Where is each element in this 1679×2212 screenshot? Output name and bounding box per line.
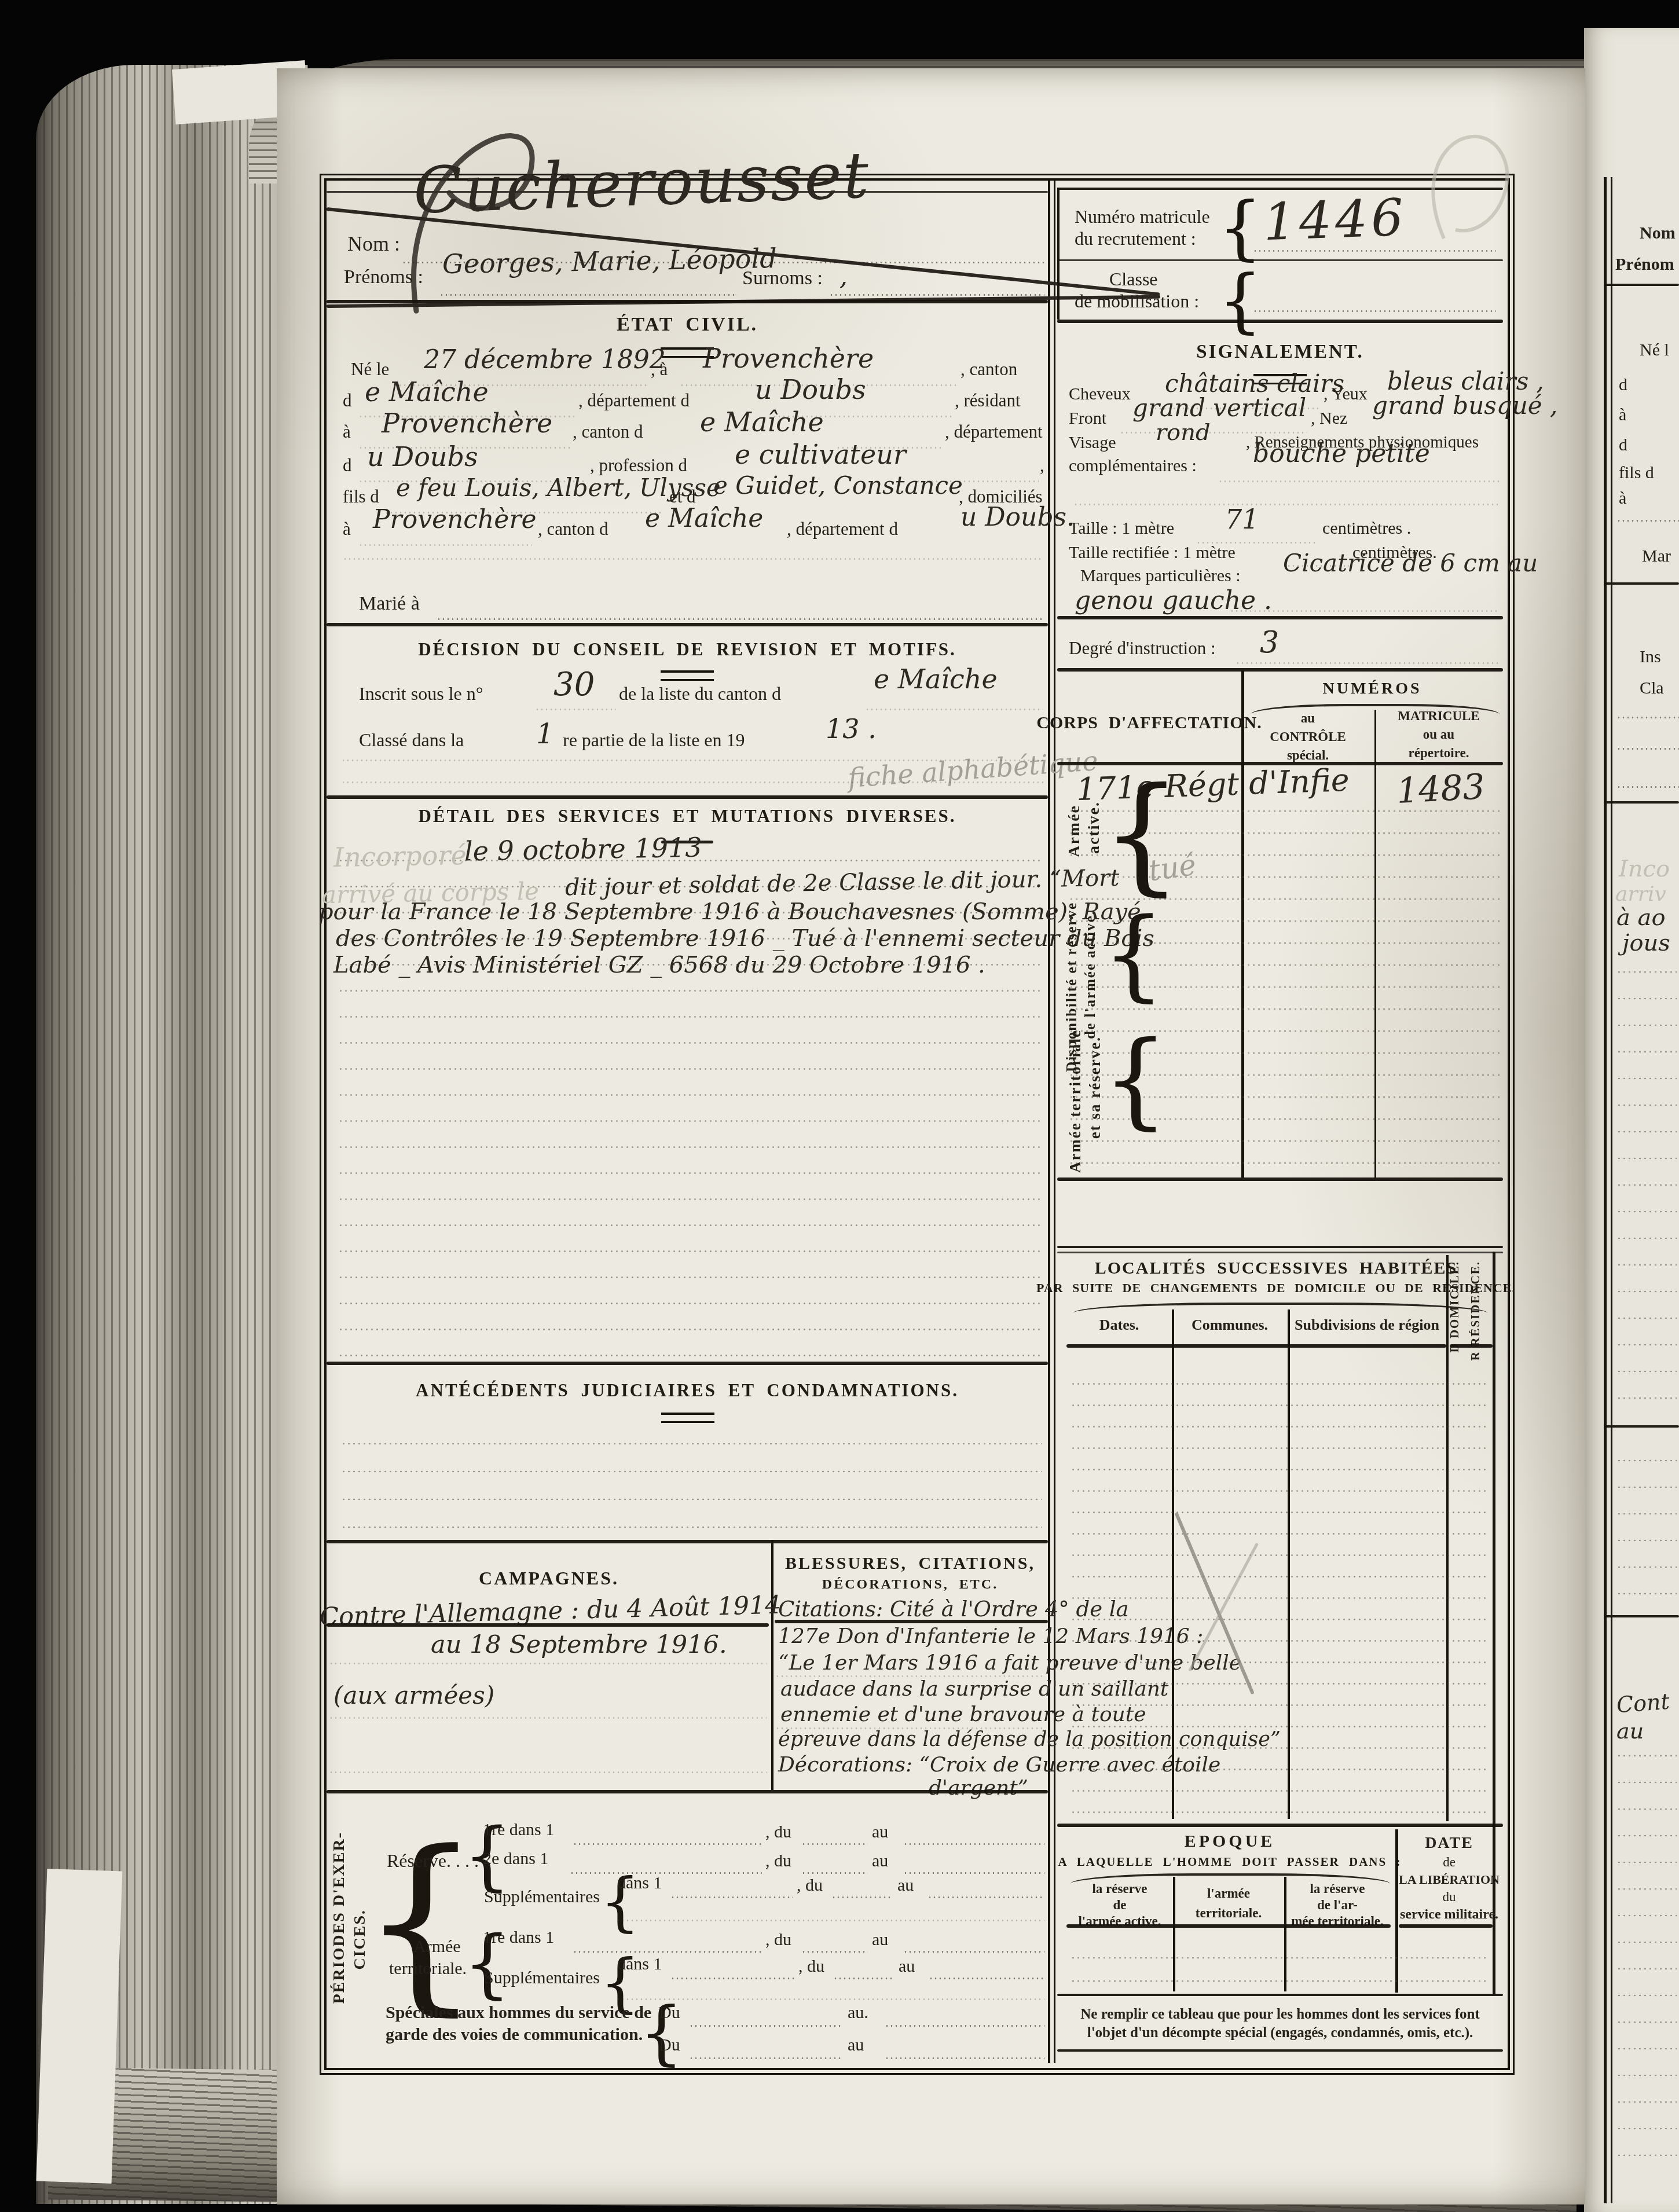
ec-r1-hw2: Provenchère (703, 343, 874, 374)
visage-label: Visage (1069, 433, 1116, 453)
dotted-line (1253, 310, 1496, 312)
np-stamp-arrive: arriv (1615, 882, 1666, 906)
localites-header-underline (1066, 1344, 1446, 1348)
section-rule (1057, 668, 1503, 672)
ec-r5-hw2: e Guidet, Constance (713, 471, 963, 500)
taille-unit: centimètres . (1322, 519, 1411, 538)
np-stamp-incorpore: Inco (1619, 856, 1670, 882)
marie-label: Marié à (359, 593, 420, 615)
rule (327, 1623, 769, 1627)
epoque-col4-l5: service militaire. (1400, 1907, 1498, 1923)
epoque-col2-l1: l'armée (1207, 1886, 1250, 1901)
signalement-title: SIGNALEMENT. (1196, 342, 1363, 363)
ec-r3-l1: à (343, 421, 351, 442)
np-hw4: au (1616, 1718, 1644, 1744)
dotted-line (1073, 504, 1500, 505)
ec-r4-l3: , (1040, 455, 1044, 476)
matricule-header-l1: MATRICULE (1398, 709, 1479, 724)
ec-r3-hw1: Provenchère (382, 408, 552, 439)
epoque-col1-l1: la réserve (1092, 1881, 1147, 1896)
matricule-header-l3: répertoire. (1409, 746, 1469, 761)
p-suppl2-du: , du (798, 1957, 824, 1976)
dotted-line (885, 2025, 1044, 2027)
corps-matricule-handwriting: 1483 (1395, 766, 1486, 812)
p-row2-label: 2e dans 1 (483, 1849, 548, 1869)
epoque-header-underline-date (1399, 1924, 1493, 1928)
np-dl (1616, 748, 1679, 750)
dotted-line (928, 1896, 1044, 1898)
classe-label: Classé dans la (359, 729, 464, 751)
dotted-line (1230, 610, 1500, 612)
dotted-line (903, 1872, 1044, 1874)
dotted-line (831, 1896, 893, 1898)
dotted-line (535, 709, 616, 710)
dotted-line (616, 1920, 1044, 1921)
dotted-line (689, 2057, 843, 2059)
epoque-note-l2: l'objet d'un décompte spécial (engagés, … (1087, 2025, 1473, 2041)
classe-mob-brace: { (1218, 266, 1262, 336)
epoque-col4-l3: LA LIBÉRATION (1399, 1872, 1500, 1887)
np-dl (1616, 520, 1679, 522)
col-domicile: D DOMICILE. (1447, 1261, 1462, 1353)
np-rule (1604, 801, 1679, 804)
localites-header-underline-dr (1450, 1344, 1493, 1348)
dotted-line (439, 294, 738, 296)
p-row3-label: 1re dans 1 (483, 1928, 554, 1947)
services-hw3: pour la France le 18 Septembre 1916 à Bo… (318, 898, 1141, 925)
ec-r6-hw1: Provenchère (373, 505, 536, 534)
dotted-line (801, 1951, 868, 1953)
classe-num-handwriting: 1 (536, 718, 554, 750)
nez-label: , Nez (1311, 409, 1347, 428)
p-suppl2-dans: dans 1 (617, 1954, 662, 1974)
dotted-line (1236, 662, 1500, 664)
epoque-col1-l2: de (1113, 1898, 1127, 1913)
p-row2-du: , du (765, 1851, 791, 1871)
dotted-line (573, 1843, 762, 1845)
np-nom: Nom (1640, 223, 1676, 243)
inscrit-num-handwriting: 30 (553, 666, 595, 703)
complementaires-value: bouche petite (1253, 439, 1430, 468)
speciales-label-l2: garde des voies de communication. (386, 2025, 643, 2045)
section-rule (1057, 320, 1503, 323)
dotted-line (437, 618, 1043, 620)
blessures-title-l1: BLESSURES, CITATIONS, (785, 1554, 1035, 1573)
territoriale-reserve-brace: { (1102, 1028, 1169, 1132)
controle-header-l3: spécial. (1287, 748, 1329, 763)
ec-r6-l1: à (343, 519, 351, 540)
inscrit-label: Inscrit sous le n° (359, 683, 483, 705)
p-row3-au: au (872, 1930, 888, 1950)
dotted-line (670, 1978, 794, 1979)
ec-r4-l1: d (343, 455, 352, 476)
periodes-vlabel-l1: PÉRIODES D'EXER- (330, 1832, 349, 2004)
speciales-label-l1: Spéciales aux hommes du service de (386, 2003, 651, 2023)
p-row2-au: au (872, 1851, 888, 1871)
np-a1: à (1619, 405, 1626, 425)
epoque-col4-l2: de (1443, 1855, 1456, 1870)
yeux-label: , Yeux (1324, 384, 1368, 404)
p-suppl1-label: Supplémentaires (484, 1887, 600, 1907)
ec-r4-hw1: u Doubs (367, 441, 478, 472)
matricule-label-l2: du recrutement : (1075, 228, 1196, 250)
territoriale-label-l1: Armée (413, 1937, 461, 1957)
ec-r2-hw1: e Maîche (365, 376, 489, 408)
corps-table-bottom-rule (1057, 1177, 1503, 1181)
np-hw1: à ao (1616, 904, 1666, 931)
decision-title: DÉCISION DU CONSEIL DE REVISION ET MOTIF… (418, 639, 956, 660)
epoque-subtitle: A LAQUELLE L'HOMME DOIT PASSER DANS : (1058, 1855, 1402, 1869)
localites-top-rule (1057, 1246, 1503, 1248)
localites-top-rule-inner (1057, 1252, 1503, 1253)
degre-label: Degré d'instruction : (1069, 638, 1216, 659)
taille-label: Taille : 1 mètre (1069, 519, 1174, 538)
front-value: grand vertical (1132, 394, 1306, 422)
p-suppl1-du: , du (797, 1876, 823, 1895)
ec-r5-l1: fils d (343, 486, 379, 507)
ec-r6-hw2: e Maîche (645, 504, 763, 533)
services-hw1: le 9 octobre 1913 (464, 831, 702, 867)
ec-r1-l3: , canton (961, 359, 1017, 380)
dotted-line (1218, 480, 1500, 482)
cheveux-label: Cheveux (1069, 384, 1131, 404)
antecedents-dotted-rows (341, 1430, 1042, 1540)
armee-active-brace: { (1101, 770, 1182, 897)
campagnes-hw3: (aux armées) (333, 1681, 494, 1710)
complementaires-label: complémentaires : (1069, 456, 1197, 476)
antecedents-title: ANTÉCÉDENTS JUDICIAIRES ET CONDAMNATIONS… (416, 1380, 959, 1401)
np-d2: d (1619, 435, 1627, 455)
epoque-col4-l1: DATE (1425, 1834, 1473, 1852)
p-suppl2-label: Supplémentaires (484, 1968, 600, 1988)
ec-r6-l3: , département d (787, 519, 898, 540)
degre-value: 3 (1260, 625, 1279, 660)
epoque-bottom-rule (1057, 1994, 1503, 1996)
section-rule (1057, 616, 1503, 619)
ec-r3-l2: , canton d (573, 421, 643, 442)
dotted-line (801, 1843, 868, 1845)
services-title: DÉTAIL DES SERVICES ET MUTATIONS DIVERSE… (418, 806, 956, 827)
dotted-line (775, 1675, 1044, 1677)
ec-r1-l2: , à (651, 359, 668, 380)
registration-form: Nom : Cucherousset Prénoms : Georges, Ma… (324, 178, 1510, 2070)
sp-row1-au: au. (848, 2003, 868, 2023)
ec-r2-l3: , résidant (955, 390, 1021, 411)
surnoms-label: Surnoms : (742, 267, 823, 289)
pencil-oval-mark (1357, 123, 1577, 250)
dispo-label-l2: de l'armée active. (1083, 910, 1099, 1039)
matricule-header-l2: ou au (1423, 727, 1454, 742)
marques-label: Marques particulières : (1080, 566, 1241, 586)
p-row3-du: , du (765, 1930, 791, 1950)
matricule-brace: { (1218, 193, 1262, 263)
epoque-col2-l2: territoriale. (1196, 1906, 1262, 1921)
dotted-line (570, 1872, 762, 1874)
localites-bottom-rule (1057, 1824, 1503, 1827)
classe-mob-label-l1: Classe (1109, 269, 1158, 290)
section-rule (327, 795, 1048, 799)
bottom-double-rule (1057, 2049, 1503, 2052)
rule (1057, 259, 1503, 261)
matricule-label-l1: Numéro matricule (1075, 206, 1210, 228)
stamp-incorpore: Incorporé (333, 839, 467, 873)
visage-value: rond (1156, 419, 1211, 446)
dotted-line (358, 544, 532, 546)
section-rule (327, 1790, 1048, 1793)
col-subdivisions: Subdivisions de région (1295, 1316, 1439, 1334)
dotted-line (829, 294, 1044, 296)
dotted-line (341, 782, 1043, 783)
dotted-line (689, 2025, 843, 2027)
localites-title: LOCALITÉS SUCCESSIVES HABITÉES (1095, 1259, 1458, 1278)
np-dotrows (1616, 959, 1677, 1410)
surnoms-value-handwriting: , (839, 262, 848, 291)
nez-value: grand busqué , (1372, 391, 1557, 420)
ec-r2-l1: d (343, 390, 352, 411)
np-rule (1604, 284, 1679, 286)
sp-row2-du: Du (659, 2035, 680, 2055)
classe-mob-label-l2: de mobilisation : (1075, 291, 1199, 312)
np-inscrit: Ins (1640, 647, 1661, 667)
numeros-header: NUMÉROS (1322, 680, 1421, 698)
dotted-line (329, 1717, 767, 1719)
localites-subtitle: PAR SUITE DE CHANGEMENTS DE DOMICILE OU … (1036, 1281, 1516, 1296)
epoque-col4-l4: du (1443, 1890, 1456, 1905)
ec-r1-hw1: 27 décembre 1892 (424, 345, 666, 375)
ec-r2-l2: , département d (578, 390, 690, 411)
controle-header-l2: CONTRÔLE (1270, 729, 1346, 744)
dispo-brace: { (1102, 905, 1165, 1004)
prenoms-value-handwriting: Georges, Marie, Léopold (442, 243, 777, 280)
dotted-line (865, 709, 1043, 710)
next-page-border-inner (1611, 177, 1612, 2203)
np-d1: d (1619, 375, 1627, 395)
ec-r3-hw2: e Maîche (700, 406, 824, 438)
epoque-col3-l2: de l'ar- (1317, 1898, 1358, 1913)
np-a2: à (1619, 489, 1626, 508)
np-hw3: Cont (1616, 1689, 1671, 1718)
dotted-line (329, 1771, 767, 1773)
sp-row1-du: Du (659, 2003, 680, 2023)
np-dotrows (1616, 1447, 1677, 1602)
corps-affectation-header: CORPS D'AFFECTATION. (1036, 713, 1262, 733)
dotted-line (903, 1951, 1044, 1953)
p-suppl1-dans: dans 1 (617, 1873, 662, 1893)
dotted-line (670, 1896, 793, 1898)
dotted-line (341, 760, 1043, 761)
pencil-note-fiche: fiche alphabétique (847, 745, 1099, 794)
sp-row2-au: au (848, 2035, 864, 2055)
p-suppl2-au: au (899, 1957, 915, 1976)
section-rule (327, 623, 1048, 626)
np-fils: fils d (1619, 463, 1654, 483)
etat-civil-title: ÉTAT CIVIL. (617, 314, 758, 336)
controle-header-l1: au (1301, 711, 1315, 726)
np-rule (1604, 1615, 1679, 1617)
epoque-title: EPOQUE (1185, 1832, 1275, 1851)
np-classe: Cla (1640, 678, 1664, 698)
ec-r4-l2: , profession d (590, 455, 687, 476)
marques-value-l1: Cicatrice de 6 cm au (1283, 549, 1538, 577)
epoque-dotted-rows (1071, 1946, 1489, 1993)
section-rule (327, 1540, 1048, 1543)
dotted-line (775, 1727, 1044, 1729)
np-dl (1616, 717, 1679, 718)
campagnes-blessures-divider (771, 1540, 773, 1790)
column-separator-inner (1054, 181, 1055, 2063)
ec-r3-l3: , département (945, 421, 1043, 442)
blessures-hw8: d'argent” (929, 1776, 1028, 1800)
territoriale-reserve-label-l2: et sa réserve. (1086, 1036, 1104, 1139)
np-prenom: Prénom (1615, 255, 1674, 274)
localites-brace-curve (1073, 1303, 1487, 1313)
taille-rect-label: Taille rectifiée : 1 mètre (1069, 543, 1236, 563)
np-marie: Mar (1642, 546, 1671, 566)
dotted-line (801, 1872, 868, 1874)
ec-r6-hw3: u Doubs. (961, 502, 1075, 532)
next-page-border (1604, 177, 1607, 2203)
epoque-col3-l1: la réserve (1310, 1881, 1365, 1896)
ec-r6-l2: , canton d (538, 519, 608, 540)
dotted-line (903, 1843, 1044, 1845)
dotted-line (929, 1978, 1044, 1979)
title-underline (661, 1413, 714, 1423)
territoriale-reserve-label-l1: Armée territoriale (1066, 1029, 1084, 1173)
p-row1-au: au (872, 1822, 888, 1842)
epoque-header-underline (1066, 1924, 1391, 1928)
np-rule (1604, 582, 1679, 585)
epoque-note-l1: Ne remplir ce tableau que pour les homme… (1080, 2006, 1480, 2023)
column-separator (1048, 181, 1050, 2063)
registration-sheet-page: Nom : Cucherousset Prénoms : Georges, Ma… (277, 68, 1585, 2204)
np-hw2: jous (1622, 930, 1670, 956)
blessures-title-l2: DÉCORATIONS, ETC. (822, 1577, 998, 1593)
np-rule (1604, 1425, 1679, 1428)
inscrit-canton-handwriting: e Maîche (874, 663, 998, 695)
classe-annee-handwriting: 13 . (826, 713, 877, 744)
ec-r2-hw2: u Doubs (755, 374, 866, 405)
campagnes-title: CAMPAGNES. (479, 1568, 619, 1589)
title-underline (661, 670, 714, 681)
section-rule (327, 1362, 1048, 1365)
section-rule (327, 300, 1048, 303)
p-row1-du: , du (765, 1822, 791, 1842)
matricule-box-left-border (1057, 188, 1060, 320)
armee-active-label-l1: Armée (1065, 805, 1084, 857)
np-nele: Né l (1640, 340, 1669, 360)
col-dates: Dates. (1099, 1316, 1139, 1334)
territoriale-label-l2: territoriale. (389, 1959, 467, 1979)
front-label: Front (1069, 409, 1106, 428)
next-page-edge: Nom Prénom Né l d à d fils d à Mar Ins C… (1584, 28, 1679, 2212)
loose-sheet-left (36, 1869, 123, 2184)
np-dotrows (1616, 1743, 1677, 2165)
col-communes: Communes. (1192, 1316, 1268, 1334)
services-hw5: Labé _ Avis Ministériel GZ _ 6568 du 29 … (333, 952, 985, 978)
ec-r4-hw2: e cultivateur (735, 439, 906, 470)
p-suppl1-au: au (897, 1876, 914, 1895)
dotted-line (329, 1663, 767, 1664)
p-row1-label: 1re dans 1 (483, 1820, 554, 1840)
inscrit-label2: de la liste du canton d (619, 683, 781, 705)
services-hw4: des Contrôles le 19 Septembre 1916 _ Tué… (336, 925, 1154, 952)
prenoms-label: Prénoms : (344, 266, 423, 288)
classe-label2: re partie de la liste en 19 (563, 729, 745, 751)
taille-value: 71 (1225, 504, 1259, 535)
dotted-line (1253, 250, 1496, 252)
campagnes-hw2: au 18 Septembre 1916. (431, 1630, 727, 1659)
np-dl (1616, 786, 1679, 788)
localites-dotted-rows (1071, 1373, 1489, 1819)
dotted-line-blank (343, 558, 1043, 560)
dotted-line (833, 1978, 895, 1979)
dotted-line (885, 2057, 1044, 2059)
